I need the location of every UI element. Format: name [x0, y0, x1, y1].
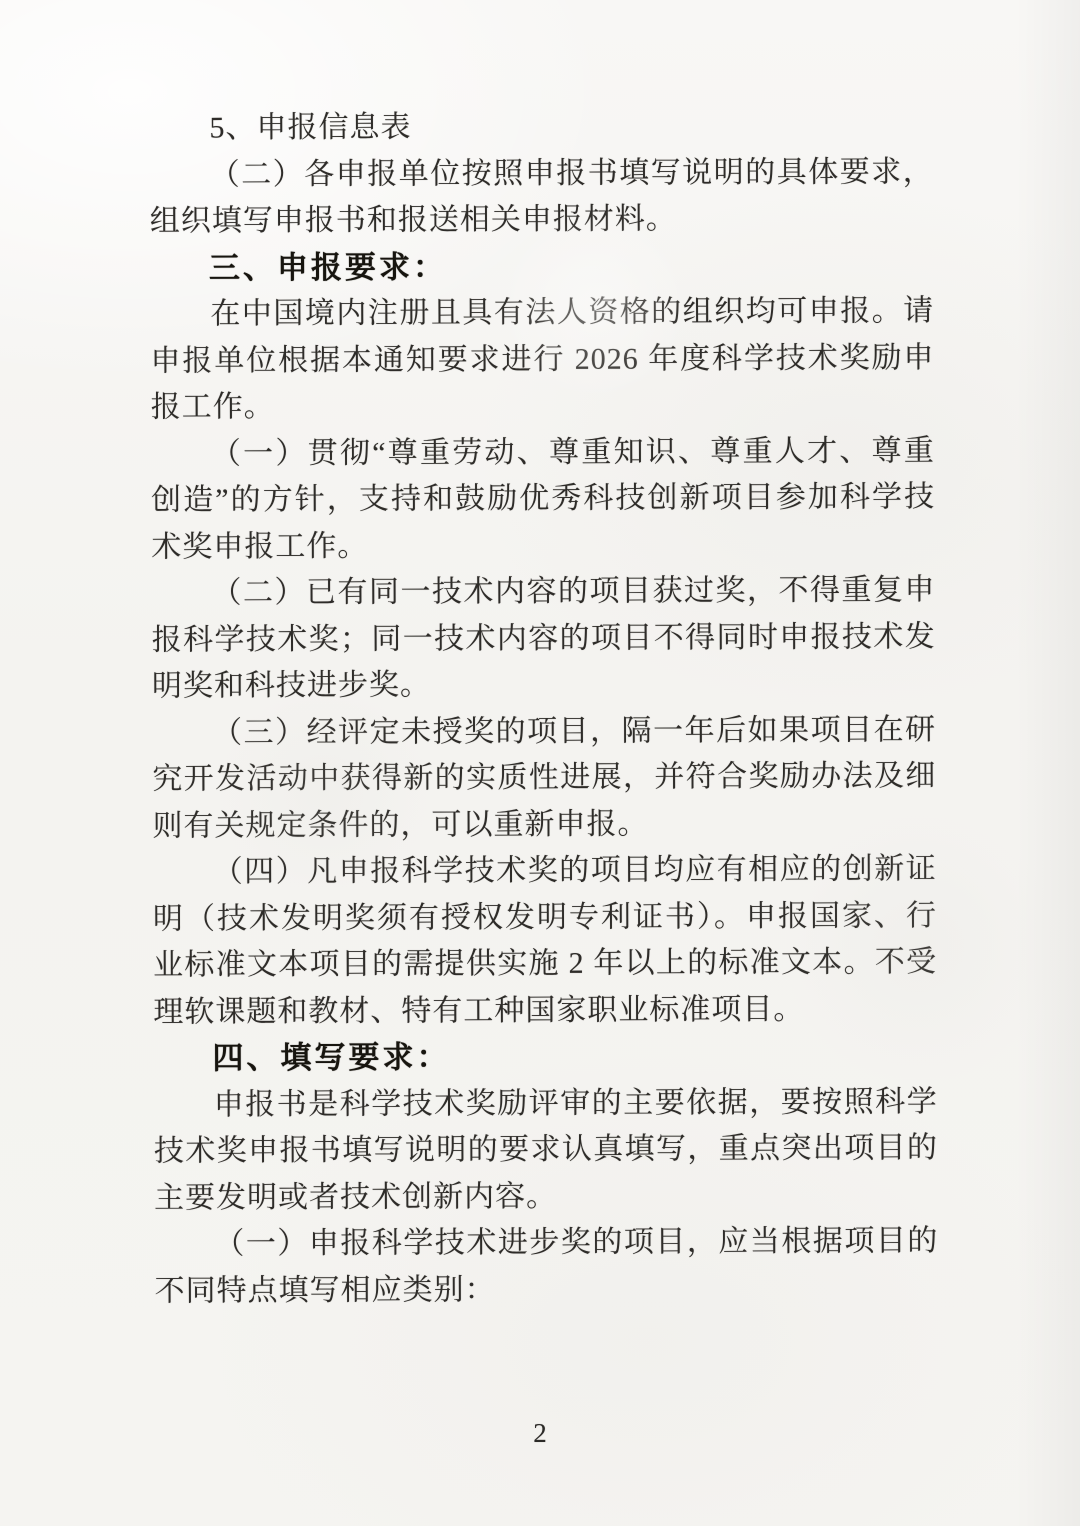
- section-heading-4-filling-requirements: 四、填写要求：: [153, 1032, 937, 1082]
- scanned-document-page: 5、申报信息表 （二）各申报单位按照申报书填写说明的具体要求，组织填写申报书和报…: [0, 0, 1080, 1526]
- paragraph-item-1-progress-award-category: （一）申报科学技术进步奖的项目，应当根据项目的不同特点填写相应类别：: [154, 1218, 938, 1314]
- page-number: 2: [0, 1418, 1080, 1449]
- paragraph-application-form-basis: 申报书是科学技术奖励评审的主要依据，要按照科学技术奖申报书填写说明的要求认真填写…: [154, 1079, 939, 1222]
- paragraph-item-2-no-duplicate-declaration: （二）已有同一技术内容的项目获过奖，不得重复申报科学技术奖；同一技术内容的项目不…: [151, 567, 936, 710]
- paragraph-item-4-innovation-proof: （四）凡申报科学技术奖的项目均应有相应的创新证明（技术发明奖须有授权发明专利证书…: [153, 846, 938, 1035]
- paragraph-item-1-policy: （一）贯彻“尊重劳动、尊重知识、尊重人才、尊重创造”的方针，支持和鼓励优秀科技创…: [151, 428, 936, 571]
- paragraph-item-2-filling-requirements: （二）各申报单位按照申报书填写说明的具体要求，组织填写申报书和报送相关申报材料。: [150, 149, 934, 245]
- list-item-declaration-info-form: 5、申报信息表: [149, 102, 933, 152]
- document-body: 5、申报信息表 （二）各申报单位按照申报书填写说明的具体要求，组织填写申报书和报…: [149, 102, 938, 1314]
- paragraph-eligibility: 在中国境内注册且具有法人资格的组织均可申报。请申报单位根据本通知要求进行 202…: [150, 288, 935, 431]
- paragraph-item-3-re-declaration: （三）经评定未授奖的项目，隔一年后如果项目在研究开发活动中获得新的实质性进展，并…: [152, 707, 937, 850]
- section-heading-3-declaration-requirements: 三、申报要求：: [150, 242, 934, 292]
